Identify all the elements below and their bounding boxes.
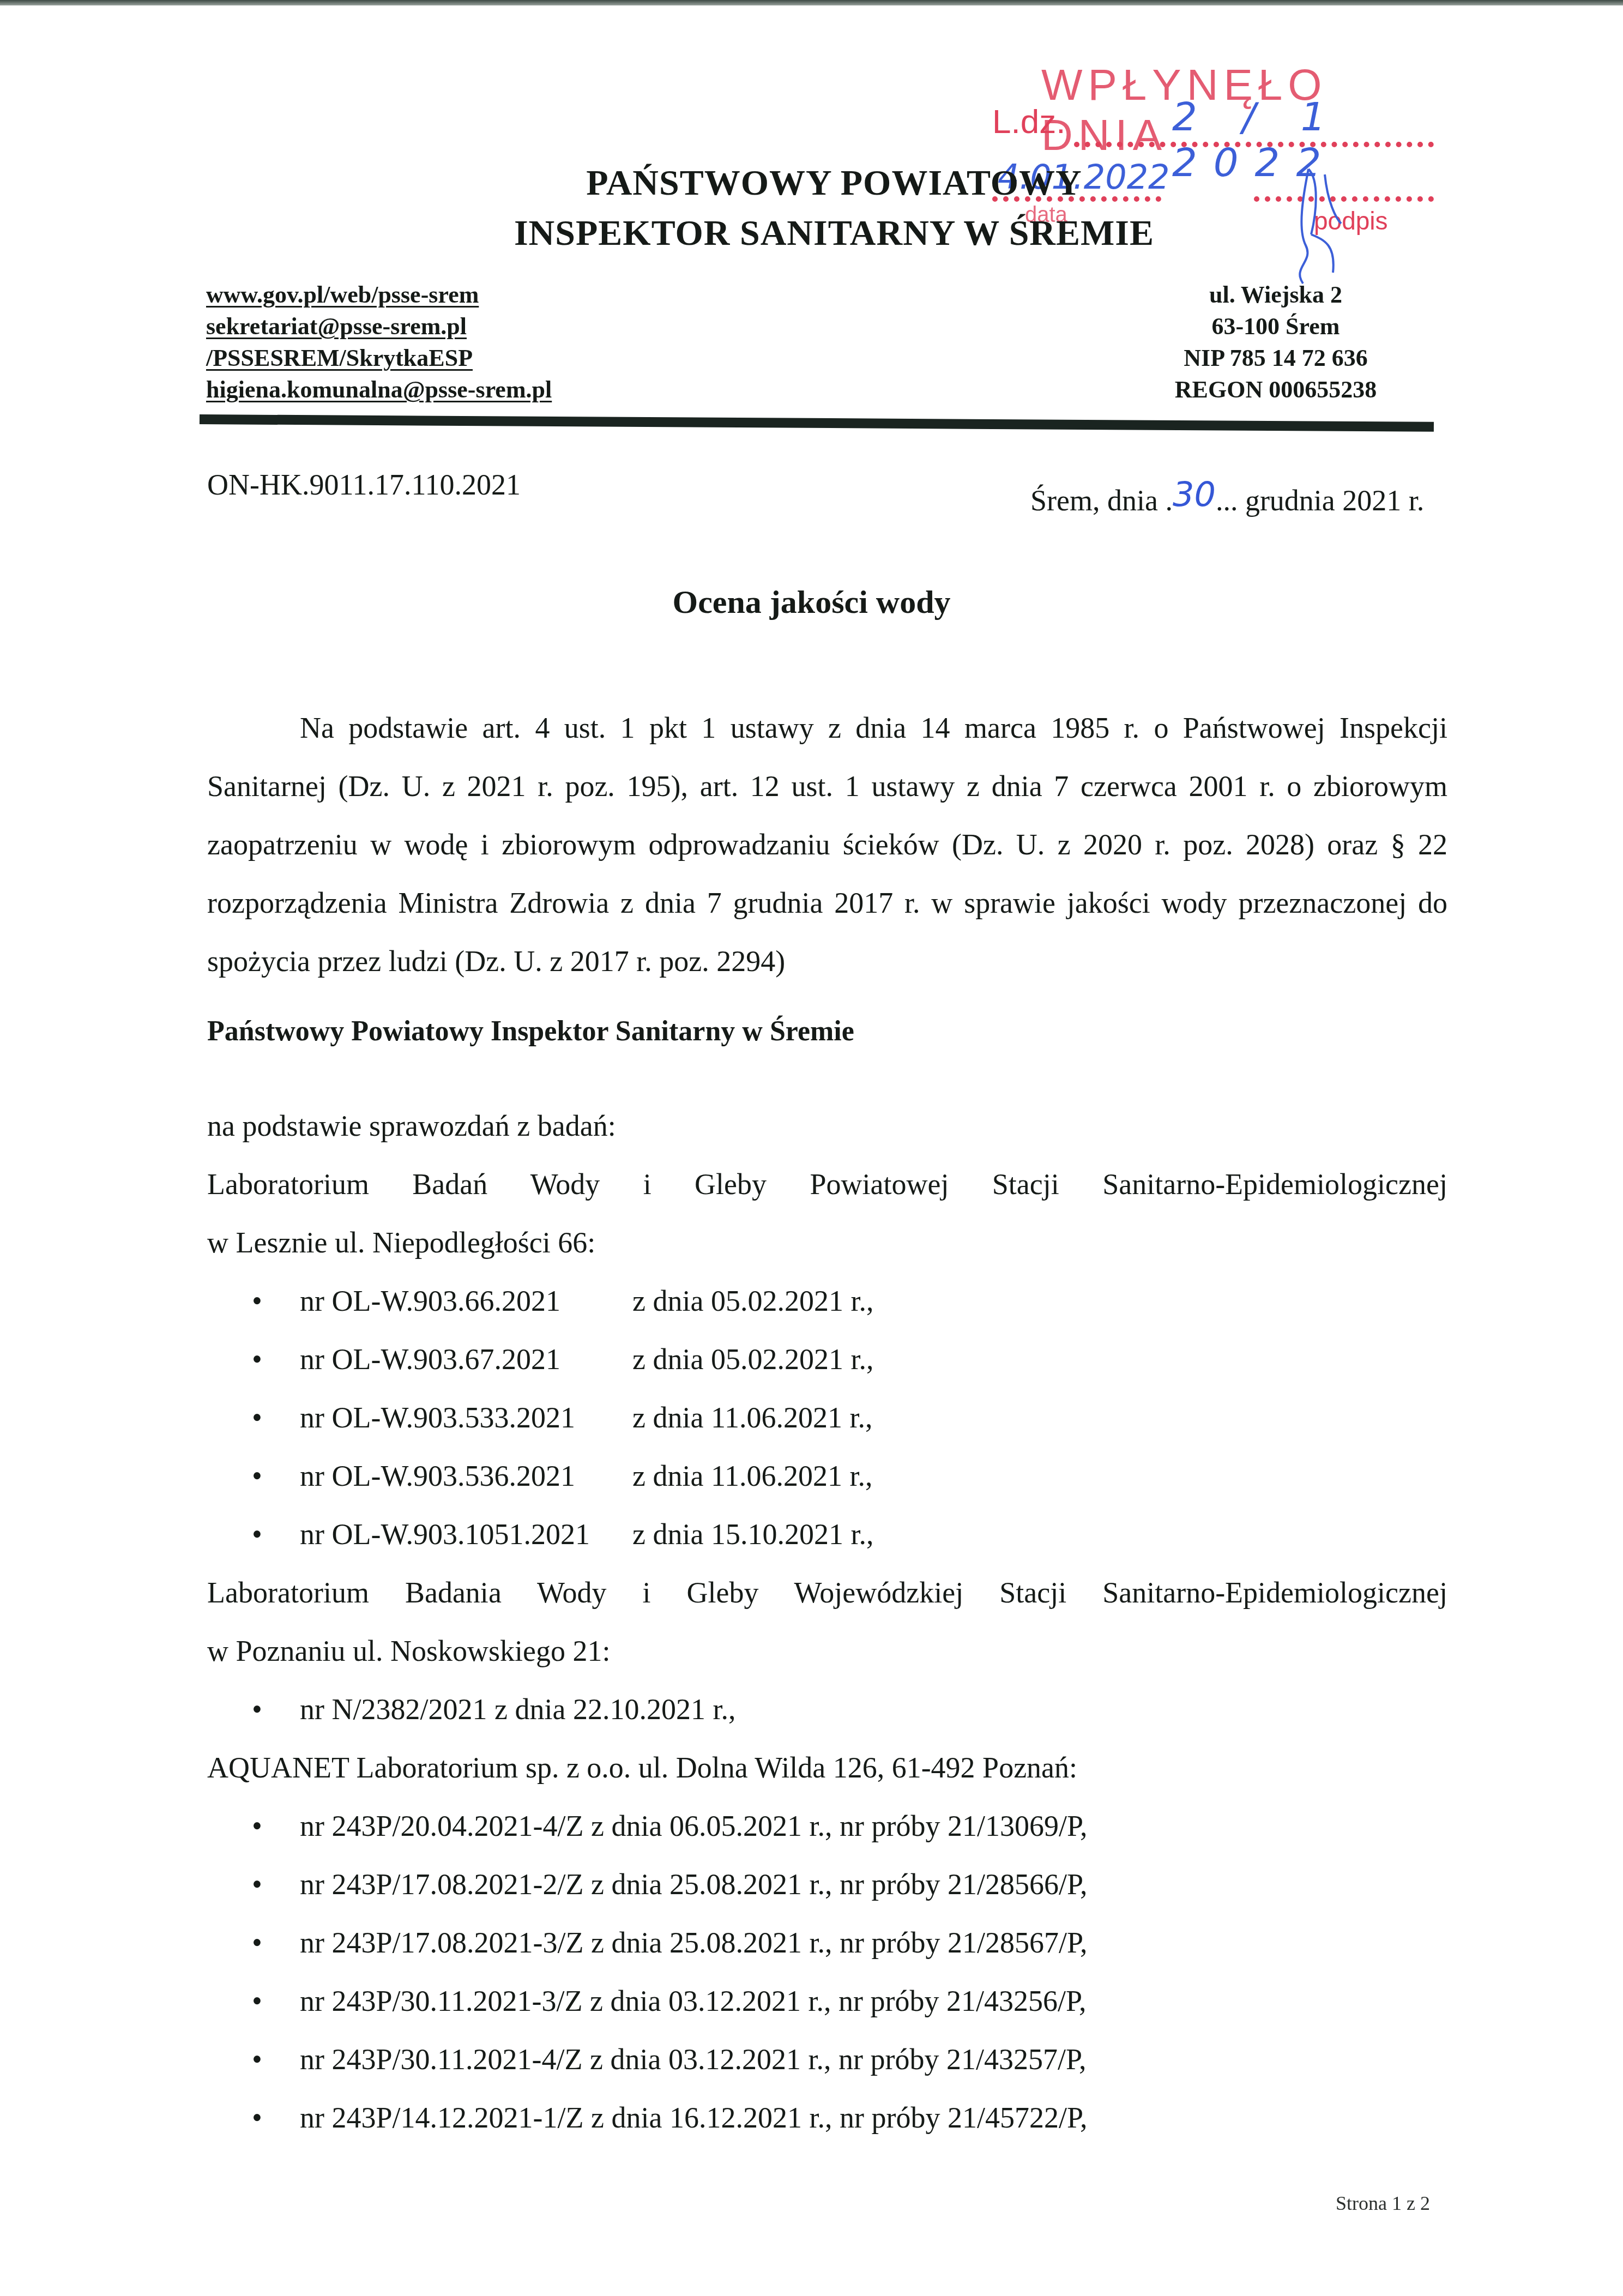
nip: NIP 785 14 72 636 [1123,342,1428,374]
lab-2-name: Laboratorium Badania Wody i Gleby Wojewó… [207,1564,1447,1622]
hygiene-email-link[interactable]: higiena.komunalna@psse-srem.pl [206,374,552,406]
report-entry: nr 243P/17.08.2021-3/Z z dnia 25.08.2021… [300,1926,1087,1959]
signature-icon [1287,164,1374,289]
lab-1-reports: •nr OL-W.903.66.2021z dnia 05.02.2021 r.… [207,1272,873,1564]
report-date: z dnia 11.06.2021 r., [632,1460,872,1492]
lab-3-name: AQUANET Laboratorium sp. z o.o. ul. Doln… [207,1739,1447,1797]
lab-2-address: w Poznaniu ul. Noskowskiego 21: [207,1622,1447,1680]
lab-1-name: Laboratorium Badań Wody i Gleby Powiatow… [207,1155,1447,1214]
list-item: •nr OL-W.903.536.2021z dnia 11.06.2021 r… [207,1447,873,1505]
report-entry: nr N/2382/2021 z dnia 22.10.2021 r., [300,1693,735,1726]
bullet-icon: • [252,1914,262,1972]
list-item: •nr 243P/17.08.2021-2/Z z dnia 25.08.202… [207,1855,1087,1914]
report-number: nr OL-W.903.536.2021 [300,1447,632,1505]
bullet-icon: • [252,1505,262,1564]
bullet-icon: • [252,2030,262,2089]
report-date: z dnia 05.02.2021 r., [632,1343,873,1376]
report-entry: nr 243P/30.11.2021-4/Z z dnia 03.12.2021… [300,2043,1086,2076]
postal-city: 63-100 Śrem [1123,311,1428,342]
bullet-icon: • [252,1447,262,1505]
list-item: •nr 243P/30.11.2021-4/Z z dnia 03.12.202… [207,2030,1087,2089]
list-item: •nr 243P/20.04.2021-4/Z z dnia 06.05.202… [207,1797,1087,1855]
street: ul. Wiejska 2 [1123,279,1428,311]
report-entry: nr 243P/17.08.2021-2/Z z dnia 25.08.2021… [300,1868,1087,1901]
contact-links: www.gov.pl/web/psse-srem sekretariat@pss… [206,279,552,406]
date-handwritten-day: 30 [1173,474,1216,514]
stamp-dotted-line [1074,142,1434,147]
page-number: Strona 1 z 2 [1336,2192,1430,2215]
list-item: •nr 243P/30.11.2021-3/Z z dnia 03.12.202… [207,1972,1087,2030]
website-link[interactable]: www.gov.pl/web/psse-srem [206,279,552,311]
epuap-box-link[interactable]: /PSSESREM/SkrytkaESP [206,342,552,374]
list-item: •nr 243P/17.08.2021-3/Z z dnia 25.08.202… [207,1914,1087,1972]
report-number: nr OL-W.903.1051.2021 [300,1505,632,1564]
institution-line-2: INSPEKTOR SANITARNY W ŚREMIE [480,208,1188,258]
lab-1-address: w Lesznie ul. Niepodległości 66: [207,1214,1447,1272]
report-date: z dnia 05.02.2021 r., [632,1285,873,1317]
list-item: •nr 243P/14.12.2021-1/Z z dnia 16.12.202… [207,2089,1087,2147]
list-item: •nr OL-W.903.67.2021z dnia 05.02.2021 r.… [207,1330,873,1389]
date-prefix: Śrem, dnia . [1030,484,1173,517]
date-suffix: ... grudnia 2021 r. [1216,484,1424,517]
legal-basis-paragraph: Na podstawie art. 4 ust. 1 pkt 1 ustawy … [207,699,1447,991]
bullet-icon: • [252,1972,262,2030]
document-title: Ocena jakości wody [0,583,1623,621]
list-item: •nr N/2382/2021 z dnia 22.10.2021 r., [207,1680,735,1739]
stamp-ldz-label: L.dz. [992,103,1065,141]
report-entry: nr 243P/14.12.2021-1/Z z dnia 16.12.2021… [300,2101,1087,2134]
bullet-icon: • [252,1330,262,1389]
bullet-icon: • [252,1272,262,1330]
report-number: nr OL-W.903.67.2021 [300,1330,632,1389]
list-item: •nr OL-W.903.533.2021z dnia 11.06.2021 r… [207,1389,873,1447]
institution-address: ul. Wiejska 2 63-100 Śrem NIP 785 14 72 … [1123,279,1428,406]
report-number: nr OL-W.903.66.2021 [300,1272,632,1330]
scan-top-edge [0,0,1623,5]
report-date: z dnia 15.10.2021 r., [632,1518,873,1551]
regon: REGON 000655238 [1123,374,1428,406]
bullet-icon: • [252,1855,262,1914]
report-number: nr OL-W.903.533.2021 [300,1389,632,1447]
document-date: Śrem, dnia .30... grudnia 2021 r. [1030,479,1424,519]
report-date: z dnia 11.06.2021 r., [632,1401,872,1434]
bullet-icon: • [252,1389,262,1447]
bullet-icon: • [252,1680,262,1739]
report-entry: nr 243P/30.11.2021-3/Z z dnia 03.12.2021… [300,1985,1086,2017]
institution-name: PAŃSTWOWY POWIATOWY INSPEKTOR SANITARNY … [480,158,1188,258]
list-item: •nr OL-W.903.1051.2021z dnia 15.10.2021 … [207,1505,873,1564]
authority-heading: Państwowy Powiatowy Inspektor Sanitarny … [207,1015,854,1047]
bullet-icon: • [252,1797,262,1855]
lab-3-reports: •nr 243P/20.04.2021-4/Z z dnia 06.05.202… [207,1797,1087,2147]
list-item: •nr OL-W.903.66.2021z dnia 05.02.2021 r.… [207,1272,873,1330]
reference-number: ON-HK.9011.17.110.2021 [207,468,521,502]
lab-2-reports: •nr N/2382/2021 z dnia 22.10.2021 r., [207,1680,735,1739]
secretariat-email-link[interactable]: sekretariat@psse-srem.pl [206,311,552,342]
basis-label: na podstawie sprawozdań z badań: [207,1097,1447,1155]
bullet-icon: • [252,2089,262,2147]
header-divider [200,414,1434,432]
report-entry: nr 243P/20.04.2021-4/Z z dnia 06.05.2021… [300,1810,1087,1842]
institution-line-1: PAŃSTWOWY POWIATOWY [480,158,1188,208]
